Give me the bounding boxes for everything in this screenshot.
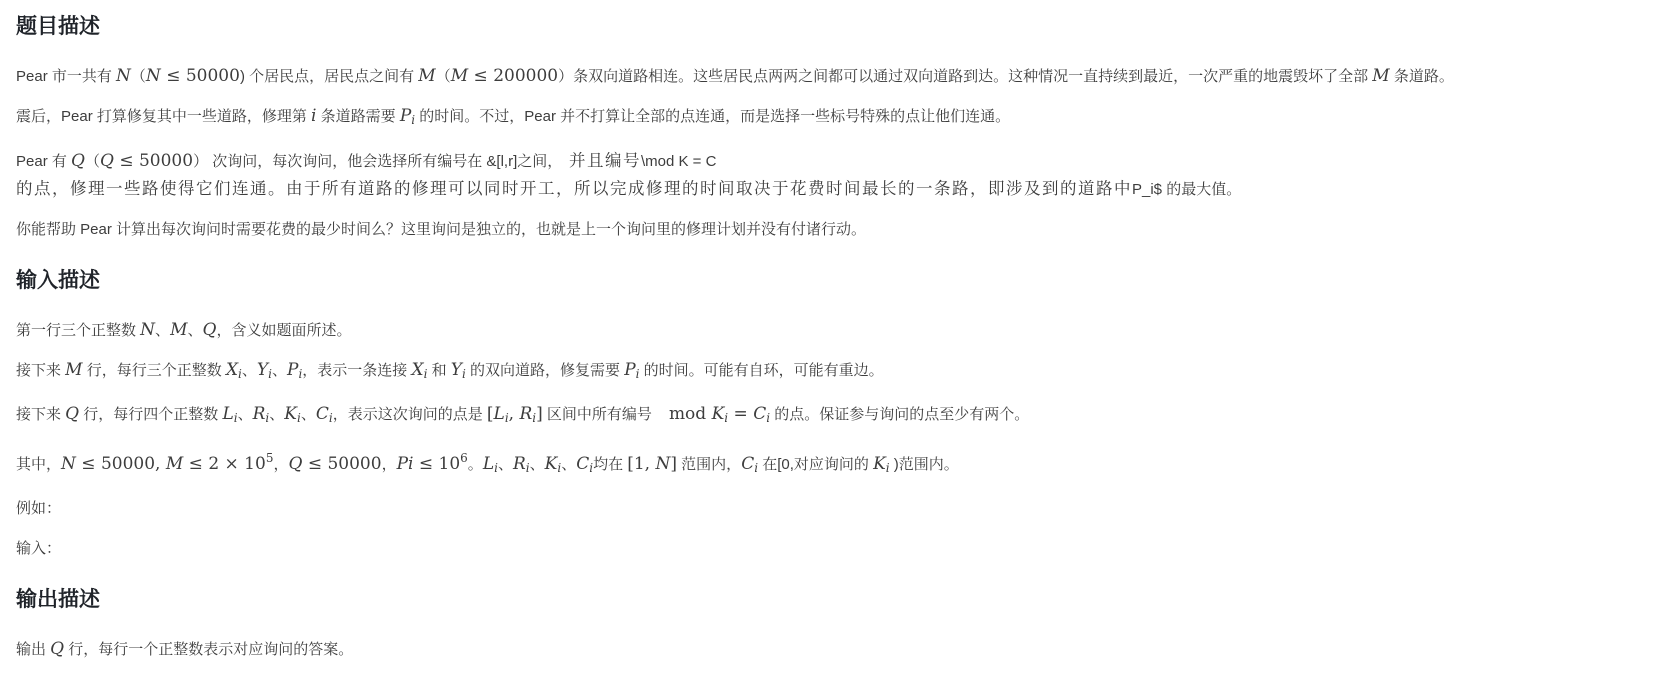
text-segment: M — [65, 360, 82, 380]
text-segment: Q — [100, 151, 114, 171]
text-segment: [ — [487, 404, 494, 424]
text-segment: = — [728, 404, 753, 424]
text-segment: （ — [85, 153, 100, 170]
text-segment: 并且编号 — [562, 151, 641, 170]
paragraph: 接下来 M 行，每行三个正整数 Xi、Yi、Pi，表示一条连接 Xi 和 Yi … — [16, 357, 1647, 388]
text-segment: N — [146, 66, 161, 86]
text-segment: 、 — [272, 362, 287, 379]
text-segment: P — [287, 360, 298, 380]
text-segment: 条道路需要 — [316, 108, 399, 125]
text-segment: L — [483, 454, 494, 474]
section-output-description: 输出描述 输出 Q 行，每行一个正整数表示对应询问的答案。 — [16, 587, 1647, 663]
text-segment: （ — [436, 68, 451, 85]
text-segment: ≤ 50000 — [302, 454, 381, 474]
text-segment: 例如： — [16, 500, 61, 517]
text-segment: N — [116, 66, 131, 86]
text-segment: 6 — [460, 451, 468, 465]
text-segment: ，表示一条连接 — [302, 362, 411, 379]
text-segment: （ — [131, 68, 146, 85]
text-segment: Q — [65, 404, 79, 424]
text-segment: ） 次询问，每次询问，他会选择所有编号在 &[l,r]之间， — [193, 153, 562, 170]
output-description-heading: 输出描述 — [16, 587, 1647, 613]
text-segment: R — [519, 404, 532, 424]
text-segment: K — [712, 404, 725, 424]
section-input-description: 输入描述 第一行三个正整数 N、M、Q，含义如题面所述。 接下来 M 行，每行三… — [16, 268, 1647, 562]
text-segment: 、 — [498, 456, 513, 473]
text-segment: 的双向道路，修复需要 — [466, 362, 624, 379]
text-segment: Q — [50, 639, 64, 659]
text-segment: R — [513, 454, 526, 474]
text-segment: M — [166, 454, 183, 474]
paragraph: 你能帮助 Pear 计算出每次询问时需要花费的最少时间么？这里询问是独立的，也就… — [16, 216, 1647, 243]
text-segment: P_i$ 的最大值。 — [1132, 181, 1241, 198]
text-segment: M — [1372, 66, 1389, 86]
text-segment: 的时间。不过，Pear 并不打算让全部的点连通，而是选择一些标号特殊的点让他们连… — [415, 108, 1010, 125]
text-segment: R — [253, 404, 266, 424]
text-segment: 和 — [427, 362, 450, 379]
text-segment: ，表示这次询问的点是 — [333, 406, 487, 423]
text-segment: 均在 — [593, 456, 627, 473]
text-segment: 、 — [187, 322, 202, 339]
text-segment: K — [545, 454, 558, 474]
text-segment: )范围内。 — [890, 456, 959, 473]
paragraph: 输入： — [16, 535, 1647, 562]
paragraph: 第一行三个正整数 N、M、Q，含义如题面所述。 — [16, 317, 1647, 344]
text-segment: C — [576, 454, 589, 474]
paragraph: 输出 Q 行，每行一个正整数表示对应询问的答案。 — [16, 636, 1647, 663]
text-segment: 其中， — [16, 456, 61, 473]
text-segment: 的时间。可能有自环，可能有重边。 — [639, 362, 883, 379]
text-segment: L — [494, 404, 505, 424]
text-segment: 范围内， — [677, 456, 741, 473]
text-segment: 行，每行四个正整数 — [79, 406, 222, 423]
text-segment: K — [284, 404, 297, 424]
text-segment: Pear 市一共有 — [16, 68, 116, 85]
paragraph: 其中，N ≤ 50000, M ≤ 2 × 105，Q ≤ 50000，Pi ≤… — [16, 445, 1647, 482]
text-segment: ）条双向道路相连。这些居民点两两之间都可以通过双向道路到达。这种情况一直持续到最… — [558, 68, 1372, 85]
text-segment: 。 — [468, 456, 483, 473]
text-segment: [1, — [627, 454, 655, 474]
text-segment: 的点，修理一些路使得它们连通。由于所有道路的修理可以同时开工，所以完成修理的时间… — [16, 179, 1132, 198]
text-segment: 、 — [155, 322, 170, 339]
text-segment: 行，每行一个正整数表示对应询问的答案。 — [64, 641, 353, 658]
text-segment: ，含义如题面所述。 — [216, 322, 351, 339]
text-segment: ， — [382, 456, 397, 473]
input-description-heading: 输入描述 — [16, 268, 1647, 294]
text-segment: X — [226, 360, 238, 380]
text-segment: 、 — [269, 406, 284, 423]
text-segment: Pi — [397, 454, 414, 474]
text-segment: M — [451, 66, 468, 86]
text-segment: Q — [288, 454, 302, 474]
paragraph: 例如： — [16, 495, 1647, 522]
text-segment: ≤ 50000 — [114, 151, 193, 171]
text-segment: M — [418, 66, 435, 86]
text-segment: ≤ 10 — [413, 454, 460, 474]
text-segment: P — [624, 360, 635, 380]
text-segment: C — [316, 404, 329, 424]
text-segment: 的点。保证参与询问的点至少有两个。 — [770, 406, 1029, 423]
text-segment: 输入： — [16, 540, 61, 557]
text-segment: 你能帮助 Pear 计算出每次询问时需要花费的最少时间么？这里询问是独立的，也就… — [16, 221, 866, 238]
text-segment: ≤ 50000, — [76, 454, 166, 474]
text-segment: 接下来 — [16, 406, 65, 423]
text-segment: 、 — [301, 406, 316, 423]
text-segment: N — [656, 454, 671, 474]
text-segment: C — [741, 454, 754, 474]
text-segment: 、 — [561, 456, 576, 473]
text-segment: 震后，Pear 打算修复其中一些道路，修理第 — [16, 108, 311, 125]
paragraph: 接下来 Q 行，每行四个正整数 Li、Ri、Ki、Ci，表示这次询问的点是 [L… — [16, 401, 1647, 432]
text-segment: K — [873, 454, 886, 474]
paragraph: 震后，Pear 打算修复其中一些道路，修理第 i 条道路需要 Pi 的时间。不过… — [16, 103, 1647, 134]
text-segment: 第一行三个正整数 — [16, 322, 140, 339]
text-segment: \mod K = C — [641, 153, 716, 170]
text-segment: N — [140, 320, 155, 340]
text-segment: 输出 — [16, 641, 50, 658]
text-segment: 、 — [530, 456, 545, 473]
text-segment: N — [61, 454, 76, 474]
text-segment: M — [170, 320, 187, 340]
paragraph: Pear 有 Q（Q ≤ 50000） 次询问，每次询问，他会选择所有编号在 &… — [16, 147, 1647, 203]
problem-statement-page: 题目描述 Pear 市一共有 N（N ≤ 50000) 个居民点，居民点之间有 … — [0, 0, 1663, 696]
problem-description-heading: 题目描述 — [16, 14, 1647, 40]
text-segment: ≤ 2 × 10 — [183, 454, 266, 474]
text-segment: Y — [257, 360, 268, 380]
text-segment: 、 — [238, 406, 253, 423]
text-segment: , — [509, 404, 520, 424]
paragraph: Pear 市一共有 N（N ≤ 50000) 个居民点，居民点之间有 M（M ≤… — [16, 63, 1647, 90]
text-segment: 行，每行三个正整数 — [83, 362, 226, 379]
text-segment: mod — [652, 404, 712, 424]
text-segment: 区间中所有编号 — [543, 406, 652, 423]
text-segment: 条道路。 — [1390, 68, 1454, 85]
text-segment: Y — [451, 360, 462, 380]
text-segment: P — [400, 106, 411, 126]
text-segment: ≤ 200000 — [468, 66, 558, 86]
text-segment: L — [222, 404, 233, 424]
text-segment: 在[0,对应询问的 — [758, 456, 873, 473]
text-segment: 、 — [242, 362, 257, 379]
text-segment: ≤ 50000 — [161, 66, 240, 86]
text-segment: X — [411, 360, 423, 380]
text-segment: ] — [536, 404, 543, 424]
text-segment: ) 个居民点，居民点之间有 — [240, 68, 418, 85]
text-segment: Q — [203, 320, 217, 340]
text-segment: ， — [273, 456, 288, 473]
text-segment: 接下来 — [16, 362, 65, 379]
text-segment: Pear 有 — [16, 153, 71, 170]
section-problem-description: 题目描述 Pear 市一共有 N（N ≤ 50000) 个居民点，居民点之间有 … — [16, 14, 1647, 243]
text-segment: C — [753, 404, 766, 424]
text-segment: Q — [71, 151, 85, 171]
